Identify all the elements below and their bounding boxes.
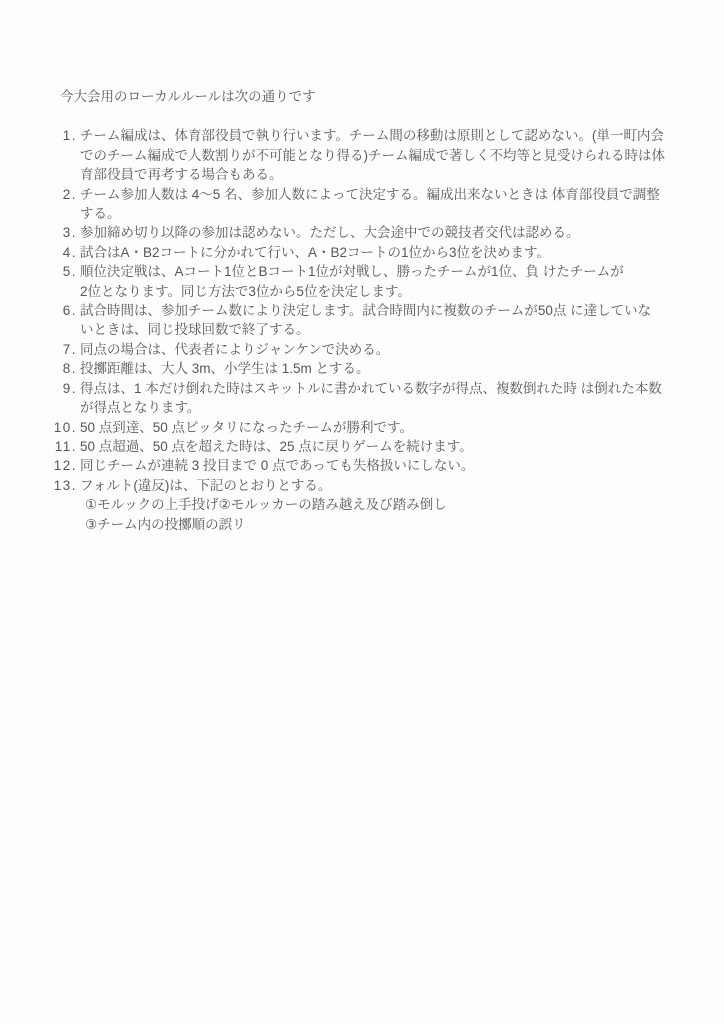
rule-number: 1. [50,126,77,145]
rule-number: 3. [50,223,77,242]
rule-line: 50 点超過、50 点を超えた時は、25 点に戻りゲームを続けます。 [80,437,674,456]
document-body: 今大会用のローカルルールは次の通りです 1. チーム編成は、体育部役員で執り行い… [50,87,674,534]
rule-item-5: 5. 順位決定戦は、Aコート1位とBコート1位が対戦し、勝ったチームが1位、負 … [50,262,674,301]
rule-line: フォルト(違反)は、下記のとおりとする。 [80,476,674,495]
rule-item-8: 8. 投擲距離は、大人 3m、小学生は 1.5m とする。 [50,359,674,378]
rule-number: 11. [50,437,77,456]
rule-line: 同じチームが連続 3 投目まで 0 点であっても失格扱いにしない。 [80,456,674,475]
rule-line: チーム編成は、体育部役員で執り行います。チーム間の移動は原則として認めない。(単… [80,126,674,145]
rule-item-11: 11. 50 点超過、50 点を超えた時は、25 点に戻りゲームを続けます。 [50,437,674,456]
rule-line: 2位となります。同じ方法で3位から5位を決定します。 [80,282,674,301]
rule-subline-faults-1-2: ①モルックの上手投げ②モルッカーの踏み越え及び踏み倒し [80,495,674,514]
scanned-document-page: 今大会用のローカルルールは次の通りです 1. チーム編成は、体育部役員で執り行い… [0,0,724,1024]
rule-number: 2. [50,185,77,204]
rule-line: 順位決定戦は、Aコート1位とBコート1位が対戦し、勝ったチームが1位、負 けたチ… [80,262,674,281]
rule-item-9: 9. 得点は、1 本だけ倒れた時はスキットルに書かれている数字が得点、複数倒れた… [50,379,674,418]
rule-item-6: 6. 試合時間は、参加チーム数により決定します。試合時間内に複数のチームが50点… [50,301,674,340]
rule-item-1: 1. チーム編成は、体育部役員で執り行います。チーム間の移動は原則として認めない… [50,126,674,184]
rule-line: 50 点到達、50 点ピッタリになったチームが勝利です。 [80,418,674,437]
rule-item-13: 13. フォルト(違反)は、下記のとおりとする。 ①モルックの上手投げ②モルッカ… [50,476,674,534]
rule-number: 6. [50,301,77,320]
rule-subline-fault-3: ③チーム内の投擲順の誤リ [80,515,674,534]
rule-item-4: 4. 試合はA・B2コートに分かれて行い、A・B2コートの1位から3位を決めます… [50,243,674,262]
rule-number: 8. [50,359,77,378]
rule-number: 12. [50,456,77,475]
rule-item-12: 12. 同じチームが連続 3 投目まで 0 点であっても失格扱いにしない。 [50,456,674,475]
rule-item-3: 3. 参加締め切り以降の参加は認めない。ただし、大会途中での競技者交代は認める。 [50,223,674,242]
rule-item-2: 2. チーム参加人数は 4～5 名、参加人数によって決定する。編成出来ないときは… [50,185,674,224]
rule-line: が得点となります。 [80,398,674,417]
rule-line: いときは、同じ投球回数で終了する。 [80,320,674,339]
rule-line: チーム参加人数は 4～5 名、参加人数によって決定する。編成出来ないときは 体育… [80,185,674,204]
rule-line: 育部役員で再考する場合もある。 [80,165,674,184]
rule-line: 投擲距離は、大人 3m、小学生は 1.5m とする。 [80,359,674,378]
rule-number: 10. [50,418,77,437]
rule-number: 7. [50,340,77,359]
rule-line: でのチーム編成で人数割りが不可能となり得る)チーム編成で著しく不均等と見受けられ… [80,146,674,165]
rule-number: 9. [50,379,77,398]
rule-line: 参加締め切り以降の参加は認めない。ただし、大会途中での競技者交代は認める。 [80,223,674,242]
rule-line: する。 [80,204,674,223]
rule-number: 4. [50,243,77,262]
rule-number: 5. [50,262,77,281]
rule-line: 同点の場合は、代表者によりジャンケンで決める。 [80,340,674,359]
rule-line: 得点は、1 本だけ倒れた時はスキットルに書かれている数字が得点、複数倒れた時 は… [80,379,674,398]
rule-number: 13. [50,476,77,495]
document-title: 今大会用のローカルルールは次の通りです [60,87,674,106]
rule-line: 試合時間は、参加チーム数により決定します。試合時間内に複数のチームが50点 に達… [80,301,674,320]
rule-line: 試合はA・B2コートに分かれて行い、A・B2コートの1位から3位を決めます。 [80,243,674,262]
rule-item-10: 10. 50 点到達、50 点ピッタリになったチームが勝利です。 [50,418,674,437]
rule-item-7: 7. 同点の場合は、代表者によりジャンケンで決める。 [50,340,674,359]
